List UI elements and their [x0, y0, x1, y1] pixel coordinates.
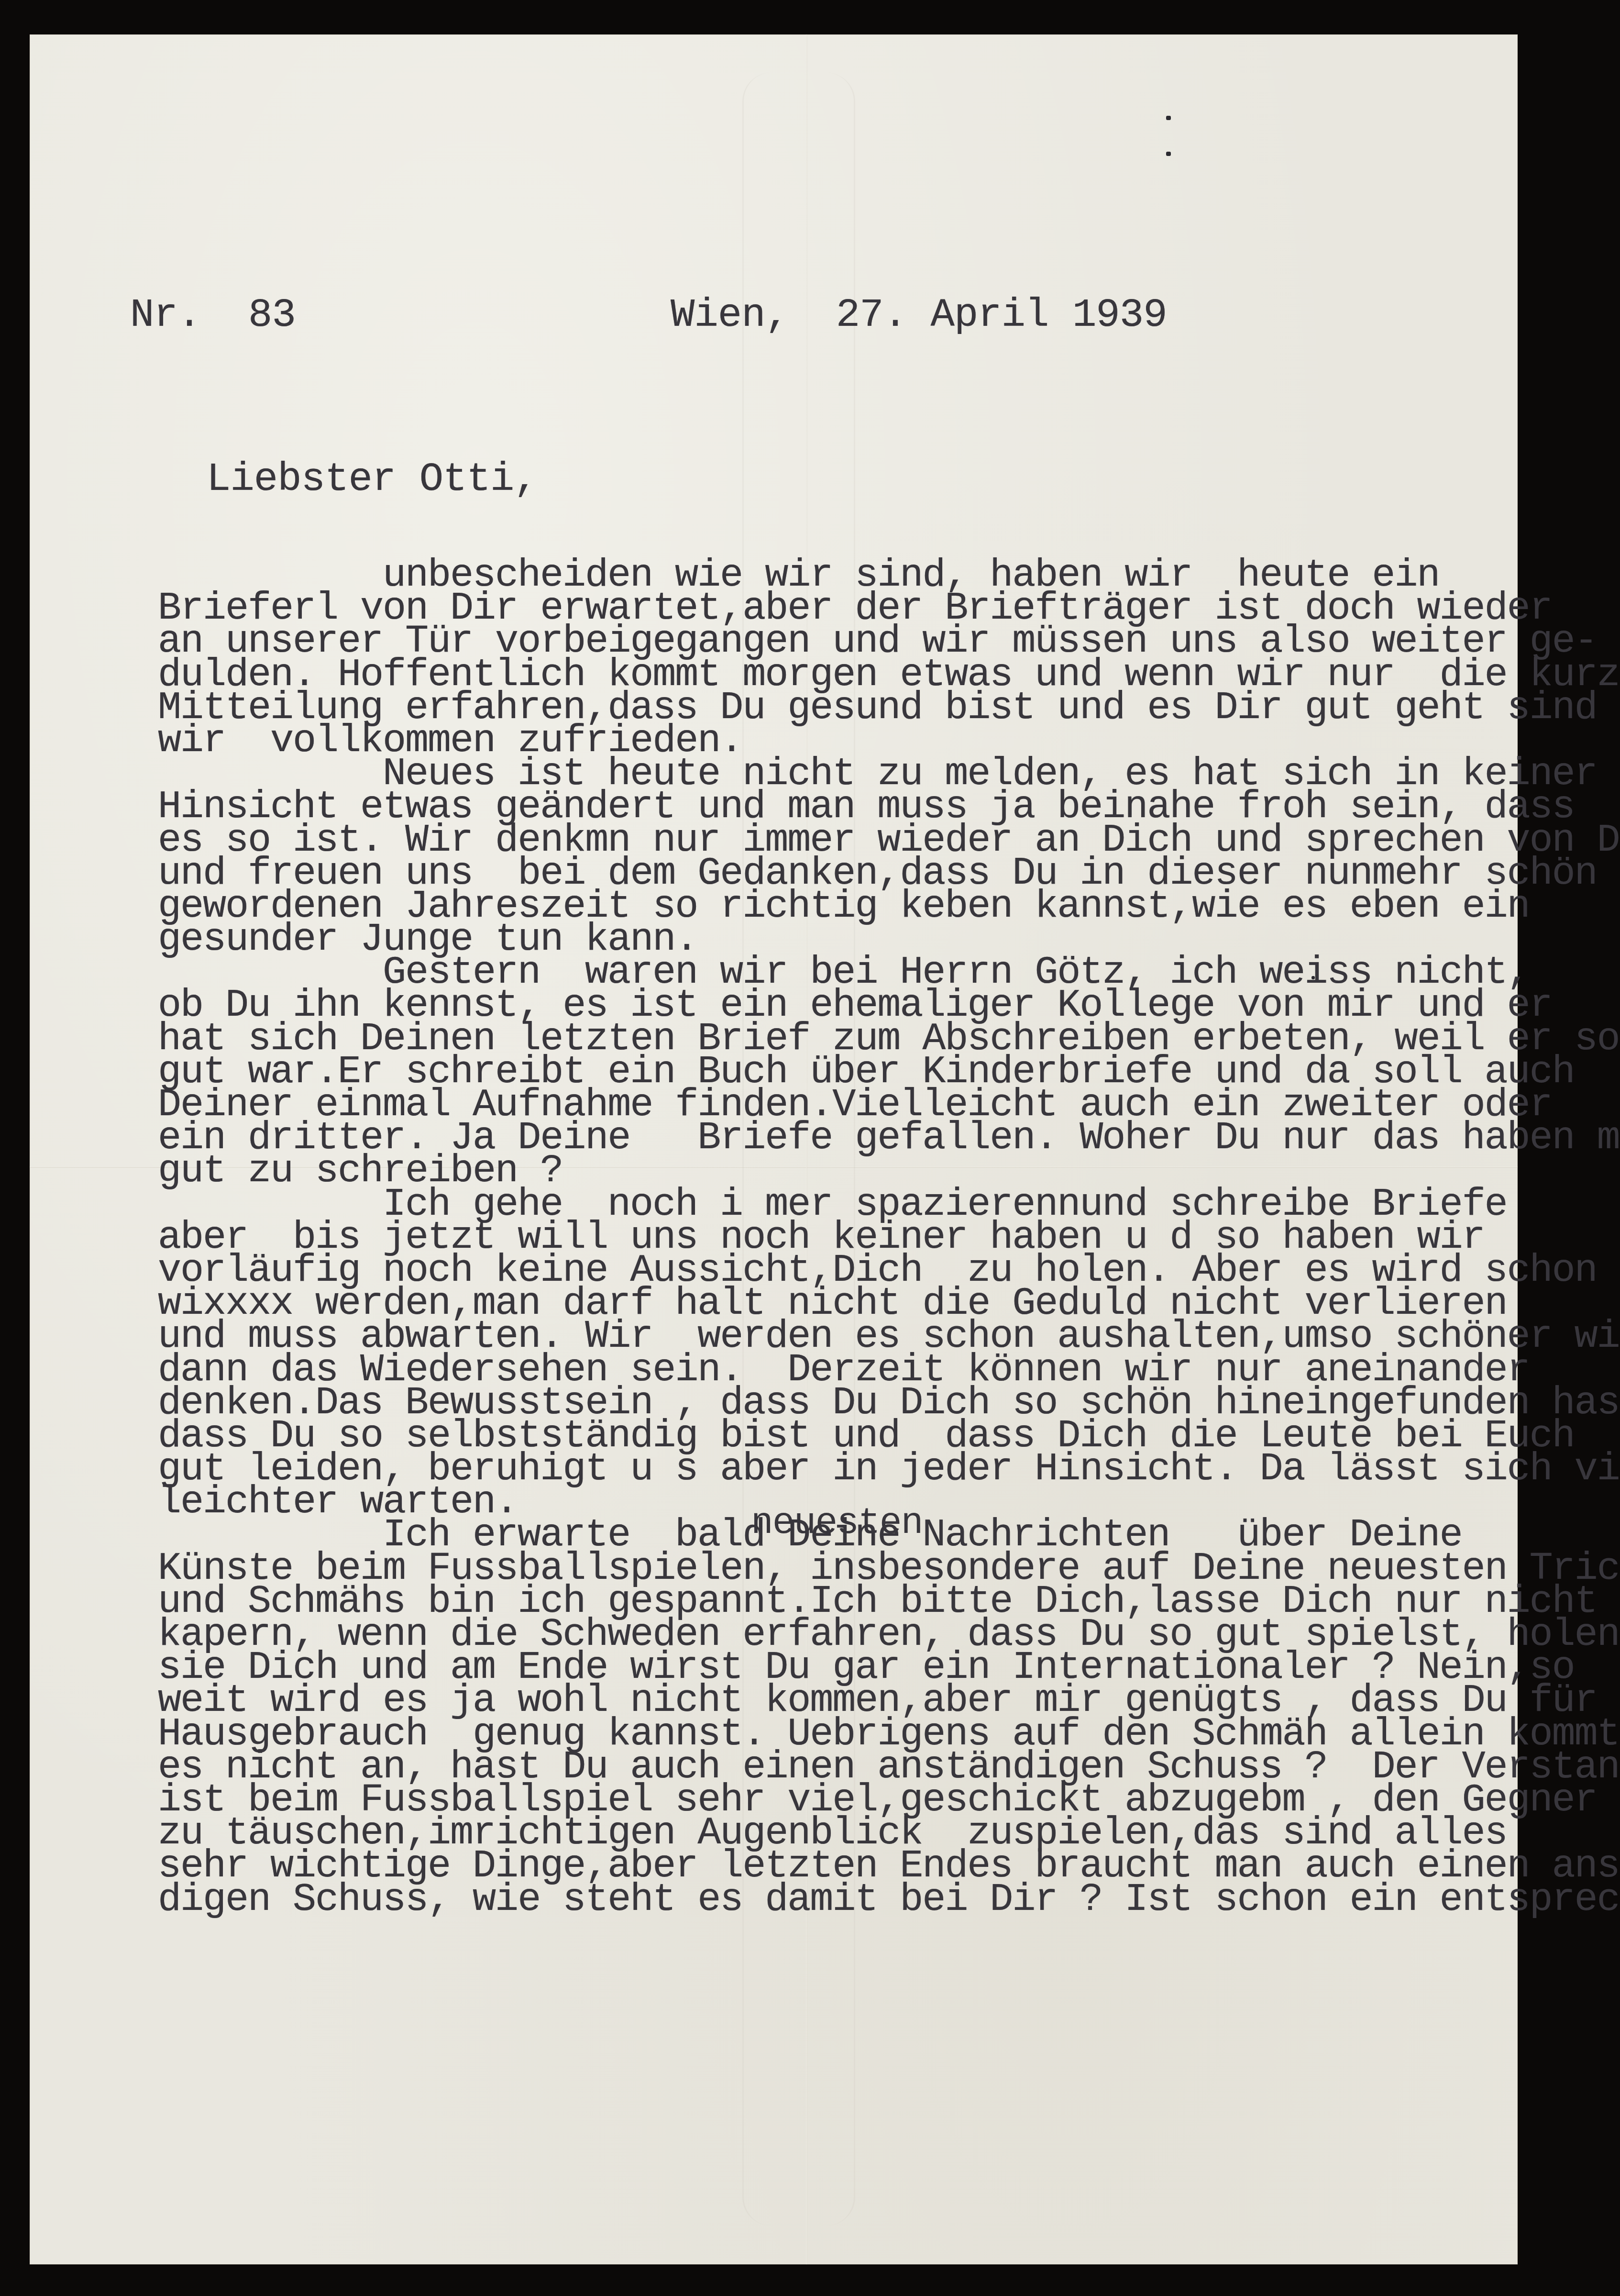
place-and-date: Wien, 27. April 1939	[671, 293, 1167, 338]
letter-body: unbescheiden wie wir sind, haben wir heu…	[158, 559, 1620, 1916]
letter-number: Nr. 83	[130, 293, 296, 338]
ink-speck	[1166, 152, 1171, 156]
salutation: Liebster Otti,	[207, 457, 538, 502]
body-line: digen Schuss, wie steht es damit bei Dir…	[158, 1883, 1620, 1916]
ink-speck	[1166, 116, 1171, 120]
